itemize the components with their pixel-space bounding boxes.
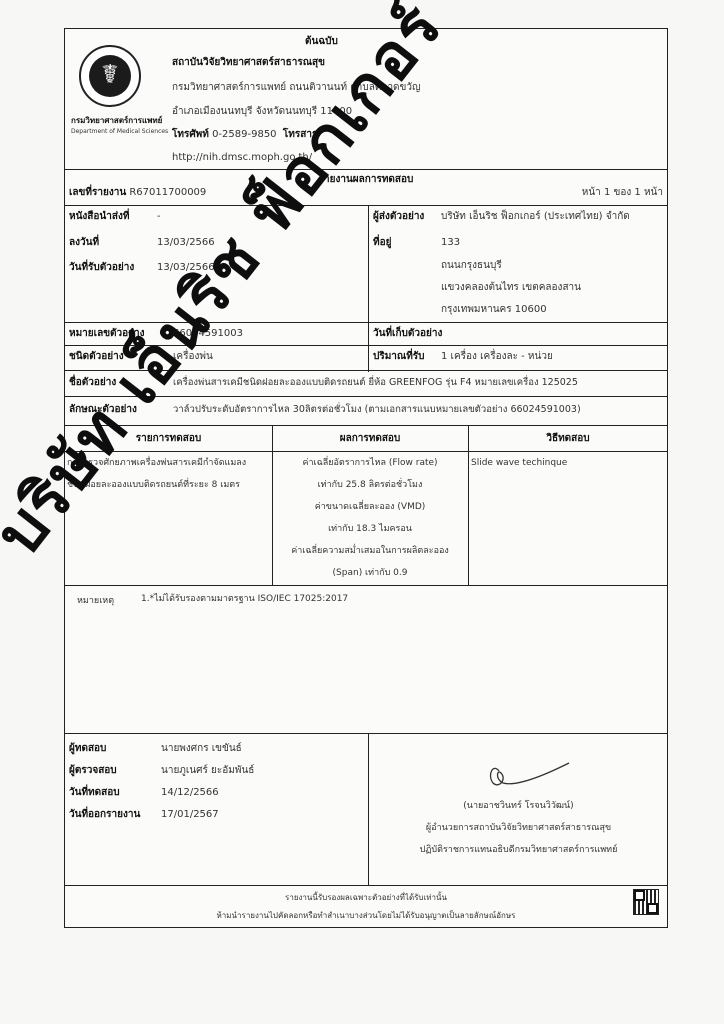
col-header-test-item: รายการทดสอบ xyxy=(65,432,272,445)
phone-label: โทรศัพท์ xyxy=(172,129,209,140)
reviewer-label: ผู้ตรวจสอบ xyxy=(69,764,117,777)
issue-date-label: วันที่ออกรายงาน xyxy=(69,808,140,821)
signer-name: (นายอาชวินทร์ โรจนวิวัฒน์) xyxy=(368,800,669,813)
letter-no: - xyxy=(157,210,161,223)
collected-label: วันที่เก็บตัวอย่าง xyxy=(373,327,442,340)
ministry-logo-icon xyxy=(79,45,141,107)
sample-type-label: ชนิดตัวอย่าง xyxy=(69,350,124,363)
result-line: ค่าขนาดเฉลี่ยละออง (VMD) xyxy=(272,501,468,514)
dated-label: ลงวันที่ xyxy=(69,236,99,249)
result-line: (Span) เท่ากับ 0.9 xyxy=(272,567,468,580)
test-method: Slide wave techinque xyxy=(471,457,567,470)
address-line: ถนนกรุงธนบุรี xyxy=(441,259,502,272)
phone-number: 0-2589-9850 xyxy=(212,129,276,140)
test-report-document: กรมวิทยาศาสตร์การแพทย์ Department of Med… xyxy=(64,28,668,928)
sample-name-label: ชื่อตัวอย่าง xyxy=(69,376,116,389)
test-item-line: การตรวจศักยภาพเครื่องพ่นสารเคมีกำจัดแมลง xyxy=(67,457,246,470)
received-value: 13/03/2566 xyxy=(157,261,215,274)
quantity-value: 1 เครื่อง เครื่องละ - หน่วย xyxy=(441,350,553,363)
letter-no-label: หนังสือนำส่งที่ xyxy=(69,210,129,223)
result-line: ค่าเฉลี่ยความสม่ำเสมอในการผลิตละออง xyxy=(272,545,468,558)
sample-desc: วาล์วปรับระดับอัตราการไหล 30ลิตรต่อชั่วโ… xyxy=(173,403,581,416)
signer-title-2: ปฏิบัติราชการแทนอธิบดีกรมวิทยาศาสตร์การแ… xyxy=(368,844,669,857)
report-number-row: เลขที่รายงาน R67011700009 xyxy=(69,186,206,199)
logo-caption-en: Department of Medical Sciences xyxy=(71,125,168,138)
test-date: 14/12/2566 xyxy=(161,786,219,799)
report-title: รายงานผลการทดสอบ xyxy=(65,173,667,186)
qr-code-icon xyxy=(633,889,659,915)
report-number-label: เลขที่รายงาน xyxy=(69,187,126,198)
remarks-label: หมายเหตุ xyxy=(77,595,114,608)
address-line-1: กรมวิทยาศาสตร์การแพทย์ ถนนติวานนท์ ตำบลต… xyxy=(172,81,421,94)
quantity-label: ปริมาณที่รับ xyxy=(373,350,425,363)
sample-type: เครื่องพ่น xyxy=(173,350,213,363)
address-line-2: อำเภอเมืองนนทบุรี จังหวัดนนทบุรี 11000 xyxy=(172,105,352,118)
test-item-line: ชนิดฝอยละอองแบบติดรถยนต์ที่ระยะ 8 เมตร xyxy=(67,479,240,492)
footer-line-2: ห้ามนำรายงานไปคัดลอกหรือทำสำเนาบางส่วนโด… xyxy=(65,909,667,922)
address-line: 133 xyxy=(441,236,460,249)
sender-value: บริษัท เอ็นริช ฟ็อกเกอร์ (ประเทศไทย) จำก… xyxy=(441,210,630,223)
institute-name: สถาบันวิจัยวิทยาศาสตร์สาธารณสุข xyxy=(172,56,325,69)
website-link[interactable]: http://nih.dmsc.moph.go.th/ xyxy=(172,151,312,164)
result-line: ค่าเฉลี่ยอัตราการไหล (Flow rate) xyxy=(272,457,468,470)
dated-value: 13/03/2566 xyxy=(157,236,215,249)
sender-label: ผู้ส่งตัวอย่าง xyxy=(373,210,424,223)
address-line: กรุงเทพมหานคร 10600 xyxy=(441,303,547,316)
result-line: เท่ากับ 18.3 ไมครอน xyxy=(272,523,468,536)
test-date-label: วันที่ทดสอบ xyxy=(69,786,120,799)
col-header-result: ผลการทดสอบ xyxy=(272,432,468,445)
director-signature-icon xyxy=(485,757,585,793)
sample-name: เครื่องพ่นสารเคมีชนิดฝอยละอองแบบติดรถยนต… xyxy=(173,376,578,389)
fax-label: โทรสาร xyxy=(283,129,317,140)
col-header-method: วิธีทดสอบ xyxy=(468,432,668,445)
tester-label: ผู้ทดสอบ xyxy=(69,742,106,755)
report-number: R67011700009 xyxy=(129,187,206,198)
received-label: วันที่รับตัวอย่าง xyxy=(69,261,134,274)
signer-title-1: ผู้อำนวยการสถาบันวิจัยวิทยาศาสตร์สาธารณส… xyxy=(368,822,669,835)
page-info: หน้า 1 ของ 1 หน้า xyxy=(582,186,663,199)
sample-id-label: หมายเลขตัวอย่าง xyxy=(69,327,145,340)
address-line: แขวงคลองต้นไทร เขตคลองสาน xyxy=(441,281,581,294)
contact-line: โทรศัพท์ 0-2589-9850 โทรสาร xyxy=(172,128,317,141)
footer-line-1: รายงานนี้รับรองผลเฉพาะตัวอย่างที่ได้รับเ… xyxy=(65,891,667,904)
address-label: ที่อยู่ xyxy=(373,236,391,249)
copy-label: ต้นฉบับ xyxy=(305,35,338,48)
remarks-text: 1.*ไม่ได้รับรองตามมาตรฐาน ISO/IEC 17025:… xyxy=(141,593,348,606)
result-line: เท่ากับ 25.8 ลิตรต่อชั่วโมง xyxy=(272,479,468,492)
sample-id: 66024591003 xyxy=(173,327,243,340)
reviewer-name: นายภูเนศร์ ยะอัมพันธ์ xyxy=(161,764,254,777)
issue-date: 17/01/2567 xyxy=(161,808,219,821)
tester-name: นายพงศกร เขขันธ์ xyxy=(161,742,242,755)
sample-desc-label: ลักษณะตัวอย่าง xyxy=(69,403,137,416)
